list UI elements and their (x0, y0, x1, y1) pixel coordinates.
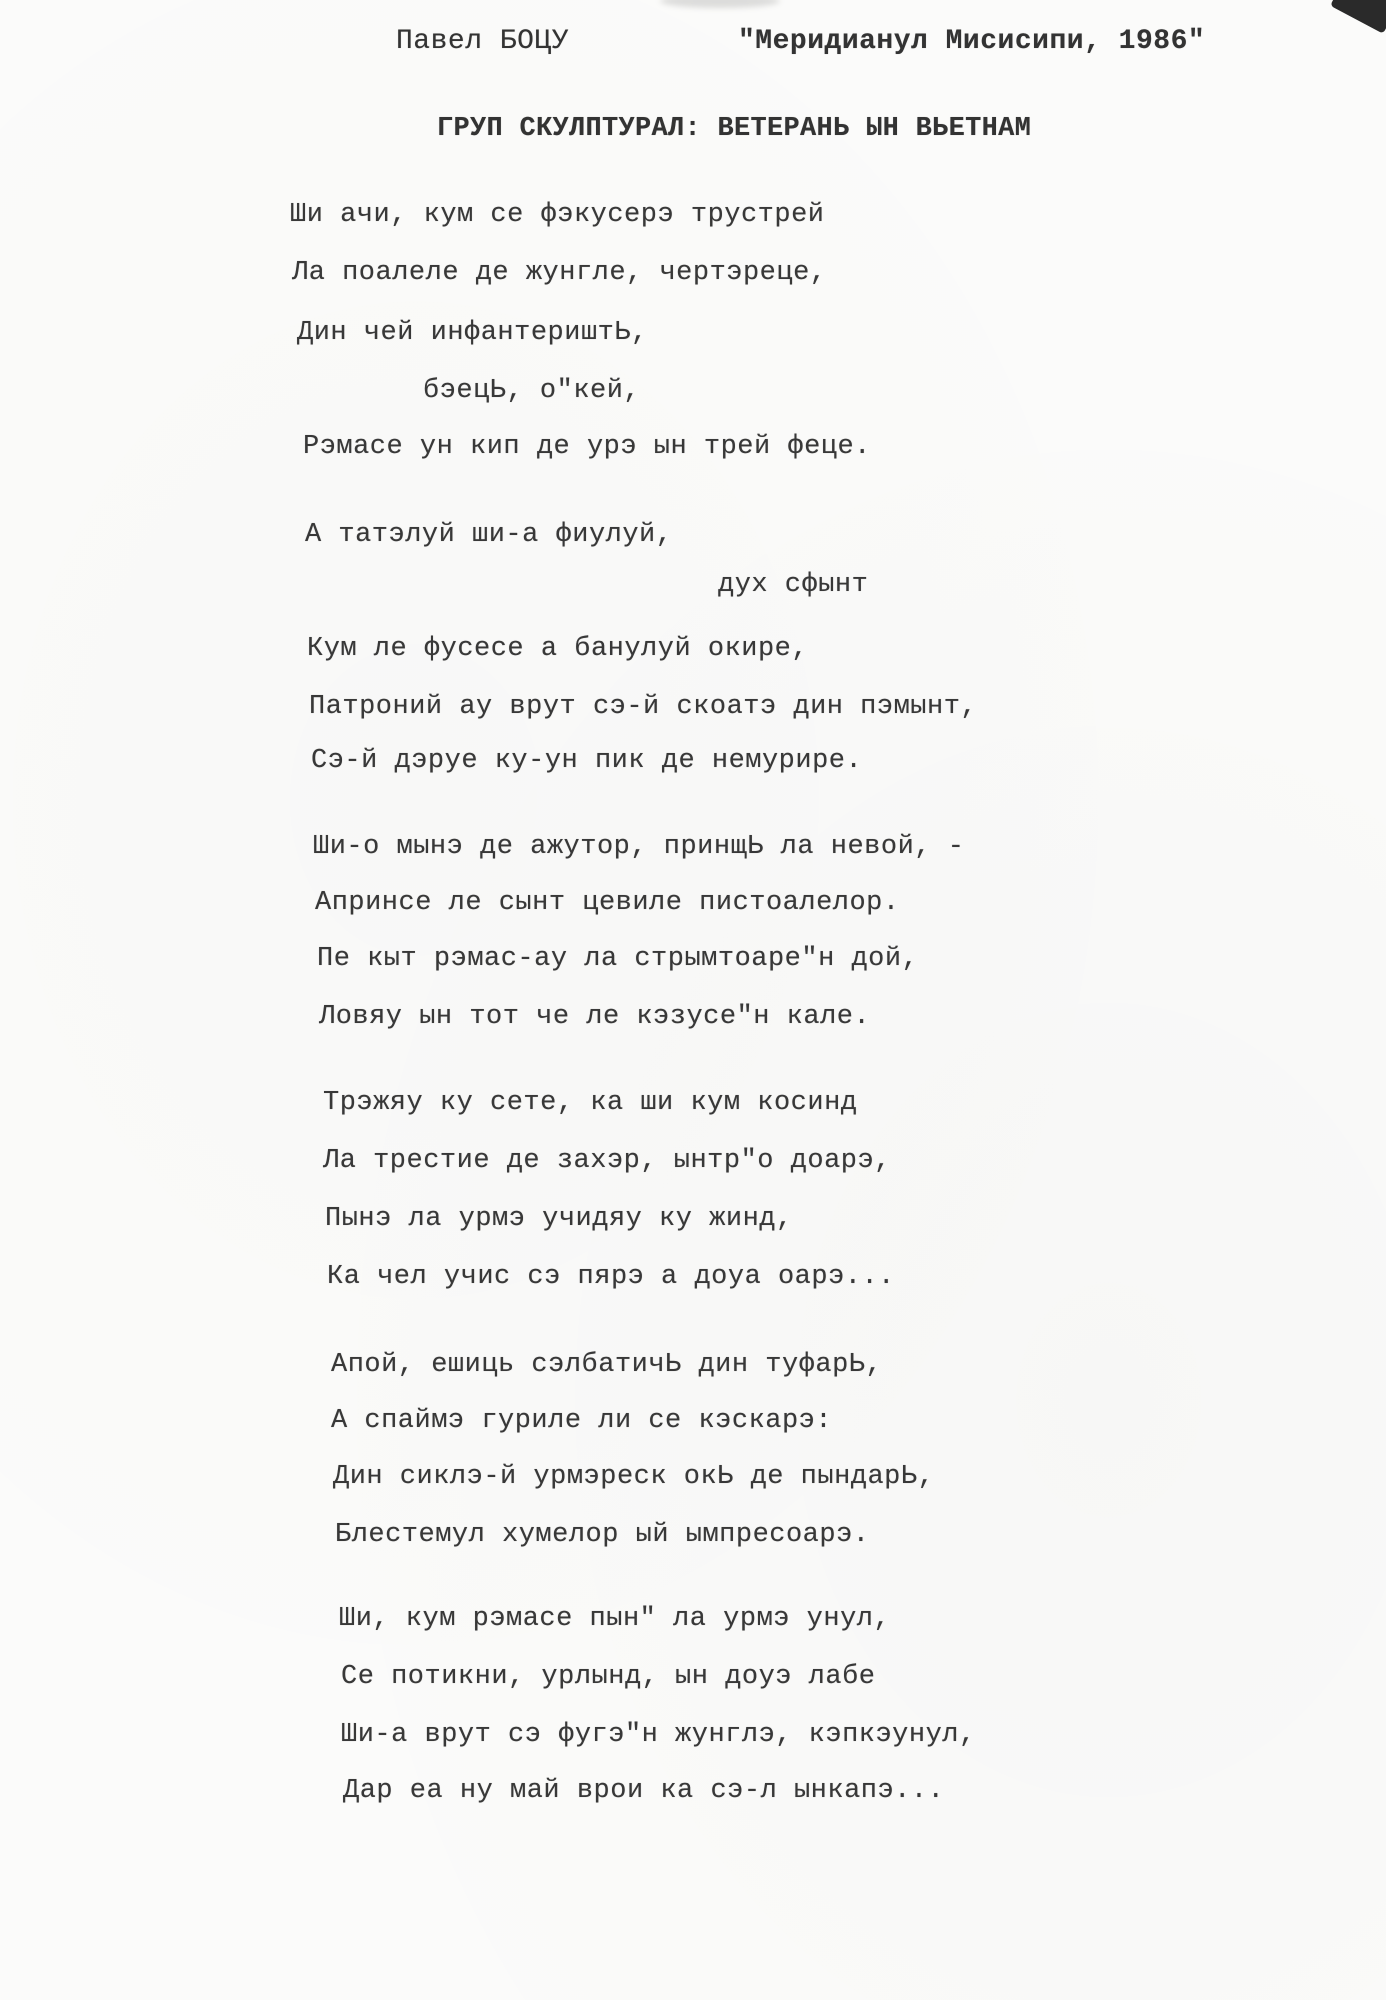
publication-source: "Меридианул Мисисипи, 1986" (738, 26, 1205, 57)
poem-line: бэецЬ, о"кей, (423, 376, 640, 406)
poem-line: А татэлуй ши-а фиулуй, (305, 520, 672, 550)
poem-line: Кум ле фусесе а банулуй окире, (307, 634, 808, 664)
poem-line: Ши, кум рэмасе пын" ла урмэ унул, (339, 1604, 890, 1634)
poem-line: Трэжяу ку сете, ка ши кум косинд (323, 1088, 857, 1118)
poem-line: Дар еа ну май врои ка сэ-л ынкапэ... (343, 1776, 944, 1806)
poem-line: Пе кыт рэмас-ау ла стрымтоаре"н дой, (317, 944, 918, 974)
poem-line: дух сфынт (718, 570, 868, 600)
poem-line: Ла поалеле де жунгле, чертэреце, (292, 258, 826, 288)
typewritten-page: Павел БОЦУ "Меридианул Мисисипи, 1986" Г… (0, 0, 1386, 2000)
poem-line: Ши-а врут сэ фугэ"н жунглэ, кэпкэунул, (341, 1720, 976, 1750)
scan-smudge (660, 0, 780, 8)
poem-line: А спаймэ гуриле ли се кэскарэ: (331, 1406, 832, 1436)
poem-line: Апой, ешиць сэлбатичЬ дин туфарЬ, (331, 1350, 882, 1380)
author-name: Павел БОЦУ (396, 26, 569, 57)
poem-line: Блестемул хумелор ый ымпресоарэ. (335, 1520, 869, 1550)
poem-line: Дин сиклэ-й урмэреск окЬ де пындарЬ, (333, 1462, 934, 1492)
poem-line: Ка чел учис сэ пярэ а доуа оарэ... (327, 1262, 895, 1292)
poem-line: Дин чей инфантериштЬ, (297, 318, 648, 348)
poem-line: Пынэ ла урмэ учидяу ку жинд, (325, 1204, 793, 1234)
poem-title: ГРУП СКУЛПТУРАЛ: ВЕТЕРАНЬ ЫН ВЬЕТНАМ (437, 114, 1031, 144)
poem-line: Ши ачи, кум се фэкусерэ трустрей (290, 200, 824, 230)
poem-line: Ши-о мынэ де ажутор, принщЬ ла невой, - (313, 832, 964, 862)
poem-line: Патроний ау врут сэ-й скоатэ дин пэмынт, (309, 692, 977, 722)
poem-line: Ловяу ын тот че ле кэзусе"н кале. (319, 1002, 870, 1032)
poem-line: Рэмасе ун кип де урэ ын трей феце. (303, 432, 871, 462)
poem-line: Ла трестие де захэр, ынтр"о доарэ, (323, 1146, 891, 1176)
poem-line: Апринсе ле сынт цевиле пистоалелор. (315, 888, 900, 918)
poem-line: Се потикни, урлынд, ын доуэ лабе (341, 1662, 875, 1692)
page-corner-shadow (1330, 0, 1386, 34)
poem-line: Сэ-й дэруе ку-ун пик де немурире. (311, 746, 862, 776)
